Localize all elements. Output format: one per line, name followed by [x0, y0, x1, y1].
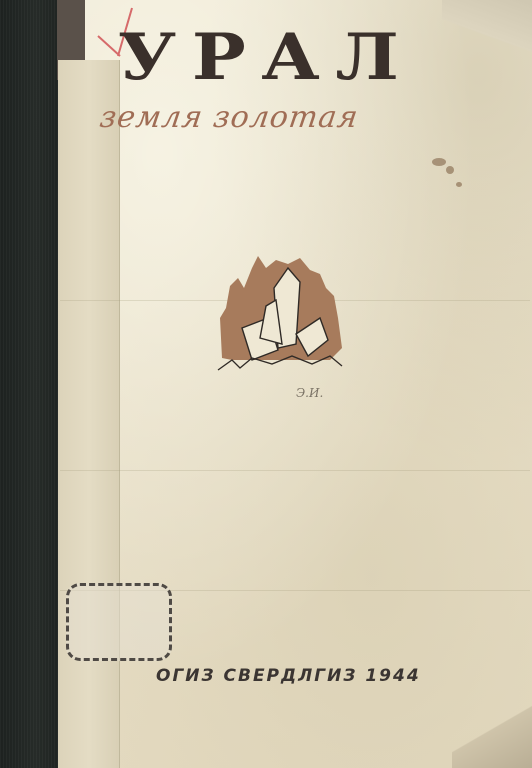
artist-initials: Э.И.	[296, 386, 323, 400]
stain	[432, 158, 446, 166]
cloth-spine	[0, 0, 60, 768]
book-cover: УРАЛ земля золотая Э.И. ОГИЗ СВЕРДЛГИЗ 1…	[0, 0, 532, 768]
torn-corner-bottom-right	[452, 678, 532, 768]
publisher-line: ОГИЗ СВЕРДЛГИЗ 1944	[156, 666, 421, 686]
crystal-emblem-icon	[212, 248, 352, 388]
book-subtitle: земля золотая	[98, 100, 361, 135]
torn-corner-top-right	[442, 0, 532, 70]
stain	[446, 166, 454, 174]
crease-line	[60, 470, 530, 471]
paper-tape-strip	[58, 60, 120, 768]
book-title: УРАЛ	[118, 26, 415, 90]
stain	[456, 182, 462, 187]
library-stamp-outline	[66, 583, 172, 661]
